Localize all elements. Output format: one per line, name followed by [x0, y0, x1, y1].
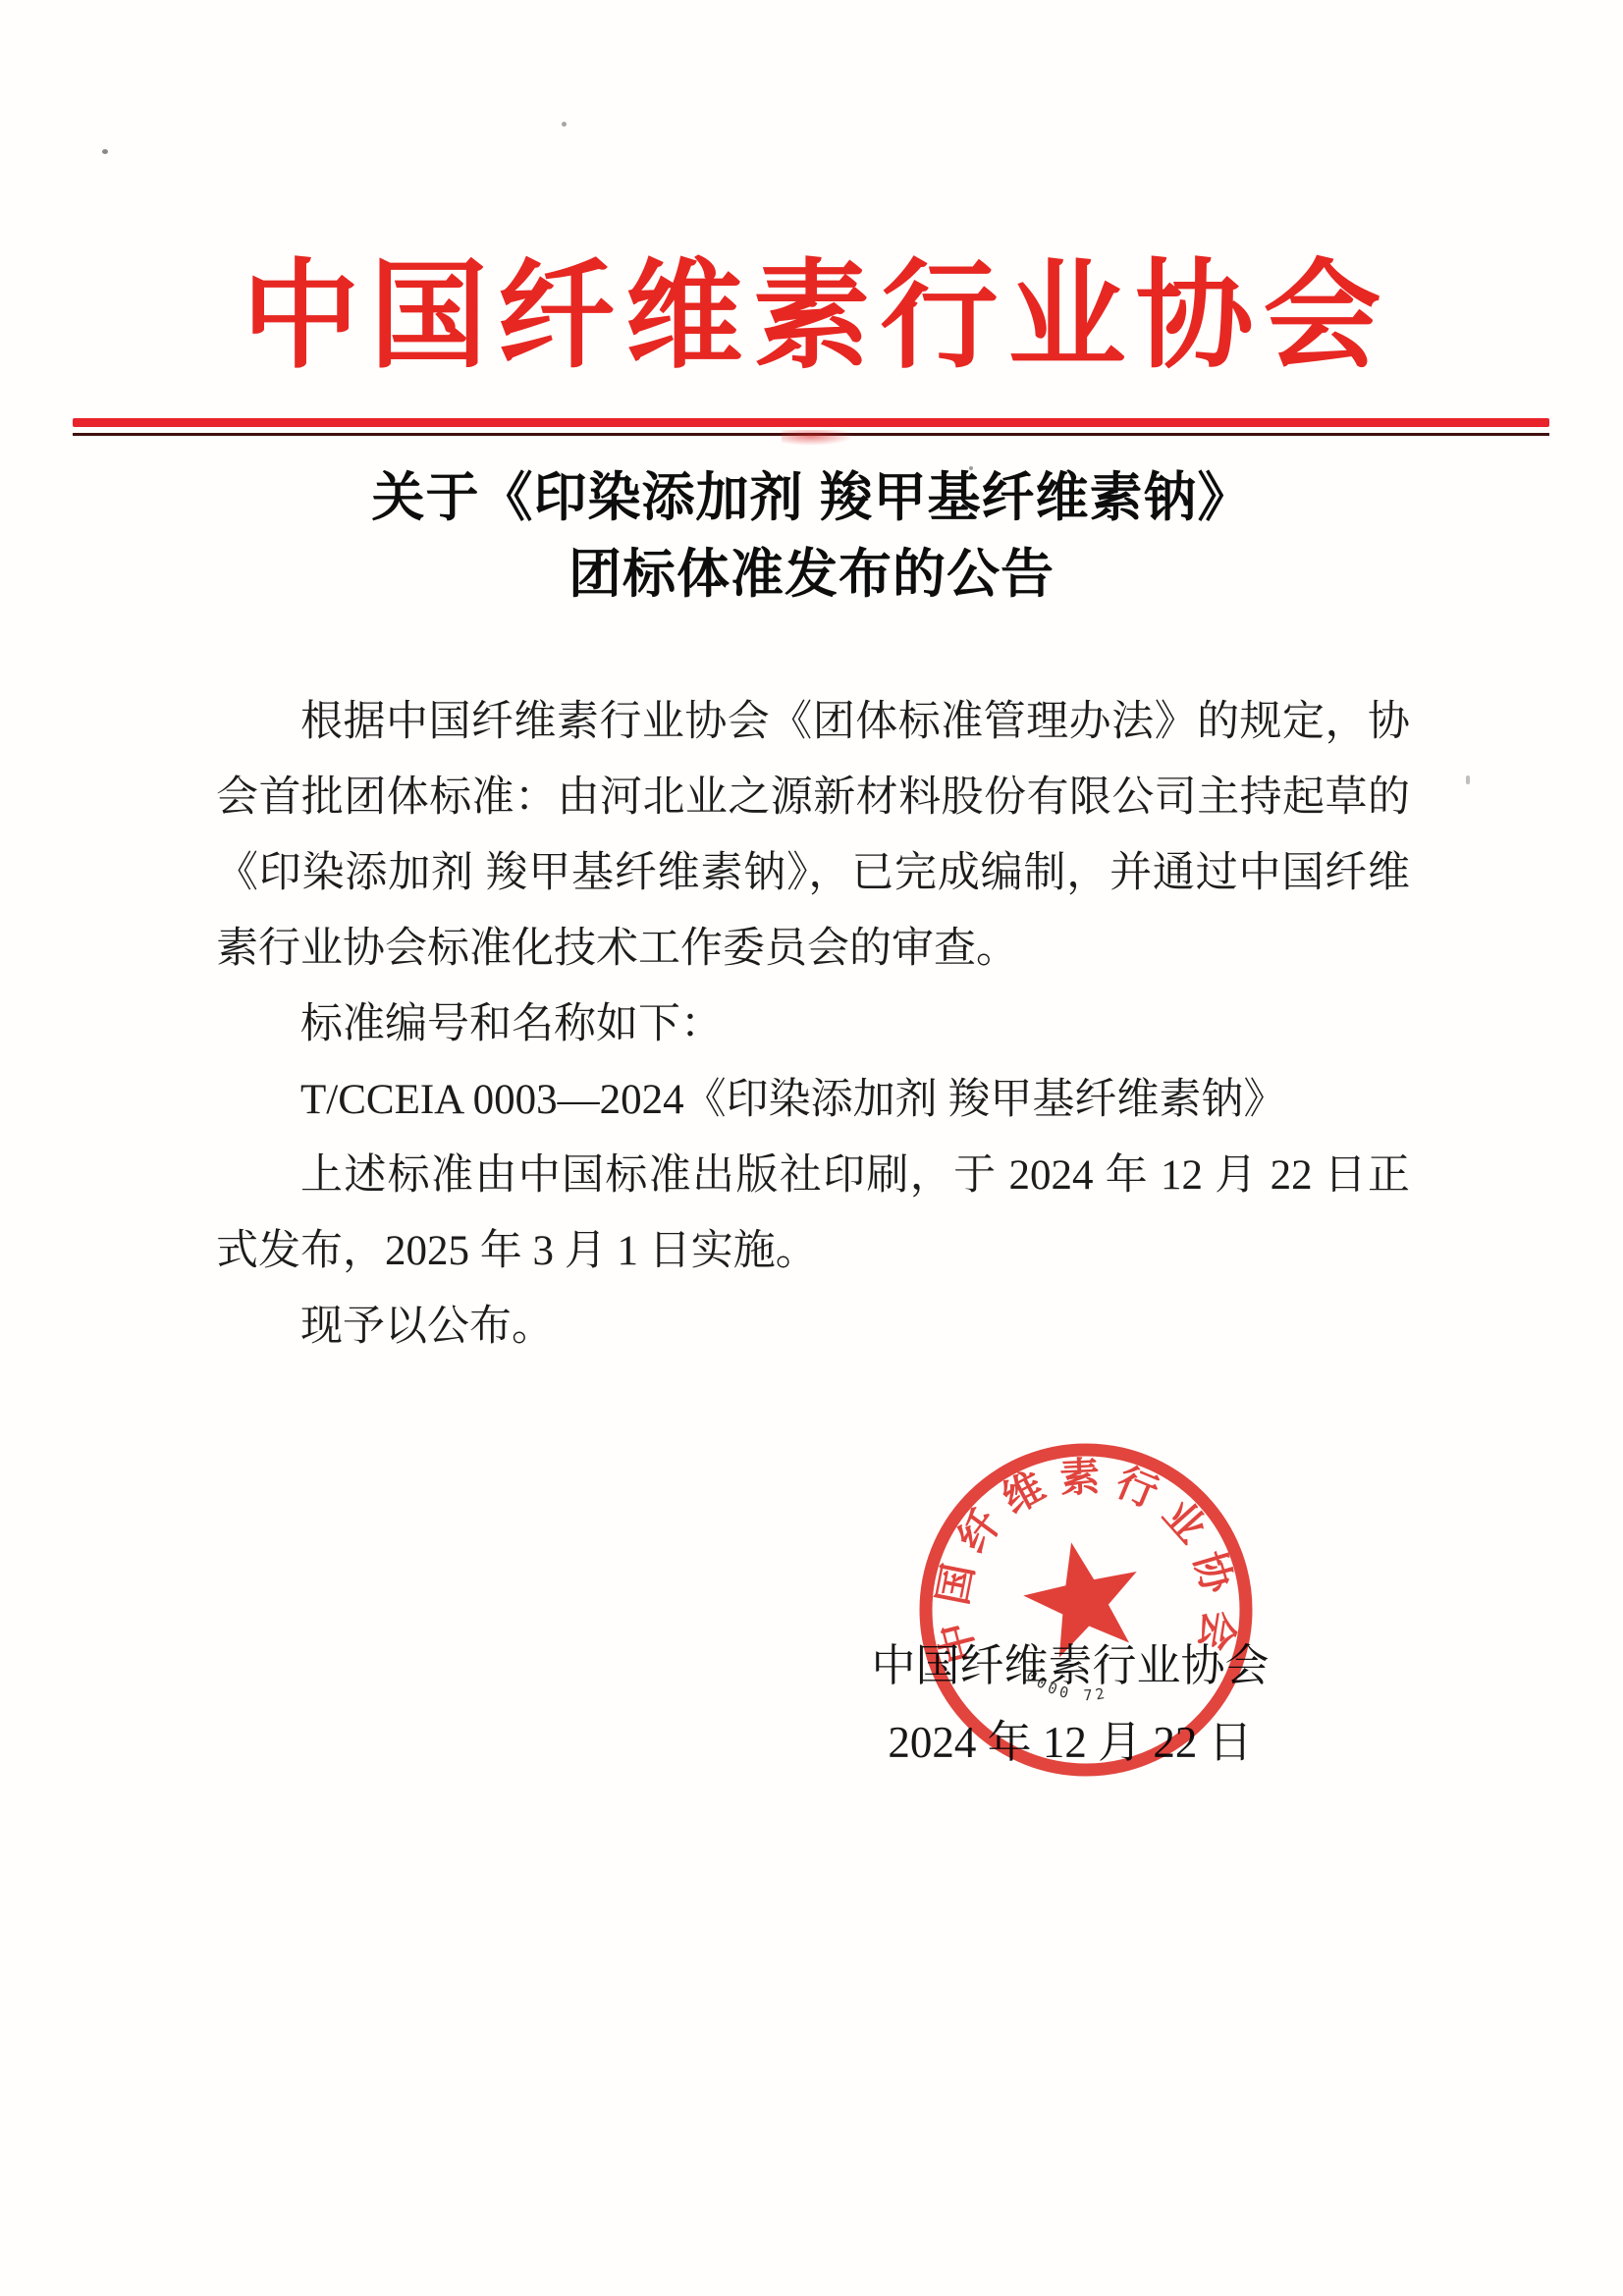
body-paragraph: 现予以公布。 [216, 1289, 1410, 1364]
letterhead-rule-thick [73, 418, 1549, 427]
letterhead-org-name: 中国纤维素行业协会 [0, 243, 1623, 391]
ink-smudge [782, 430, 854, 446]
document-page: 中国纤维素行业协会 关于《印染添加剂 羧甲基纤维素钠》 团标体准发布的公告 根据… [0, 0, 1623, 2296]
body-paragraph: 标准编号和名称如下： [216, 987, 1410, 1062]
body-text: 根据中国纤维素行业协会《团体标准管理办法》的规定，协会首批团体标准：由河北业之源… [216, 684, 1410, 1364]
body-paragraph: 上述标准由中国标准出版社印刷，于 2024 年 12 月 22 日正式发布，20… [216, 1138, 1410, 1289]
scan-speck [1466, 775, 1470, 784]
signature-block: 中国纤维素行业协会 2024 年 12 月 22 日 [854, 1628, 1286, 1781]
scan-speck [562, 122, 567, 127]
signature-org: 中国纤维素行业协会 [854, 1628, 1286, 1704]
scan-speck [102, 149, 108, 154]
document-title-line2: 团标体准发布的公告 [568, 545, 1055, 604]
scan-speck [969, 466, 973, 470]
body-paragraph: T/CCEIA 0003—2024《印染添加剂 羧甲基纤维素钠》 [216, 1062, 1410, 1138]
document-title: 关于《印染添加剂 羧甲基纤维素钠》 团标体准发布的公告 [0, 459, 1623, 613]
body-paragraph: 根据中国纤维素行业协会《团体标准管理办法》的规定，协会首批团体标准：由河北业之源… [216, 684, 1410, 987]
document-title-line1: 关于《印染添加剂 羧甲基纤维素钠》 [371, 468, 1251, 527]
signature-date: 2024 年 12 月 22 日 [854, 1704, 1286, 1781]
